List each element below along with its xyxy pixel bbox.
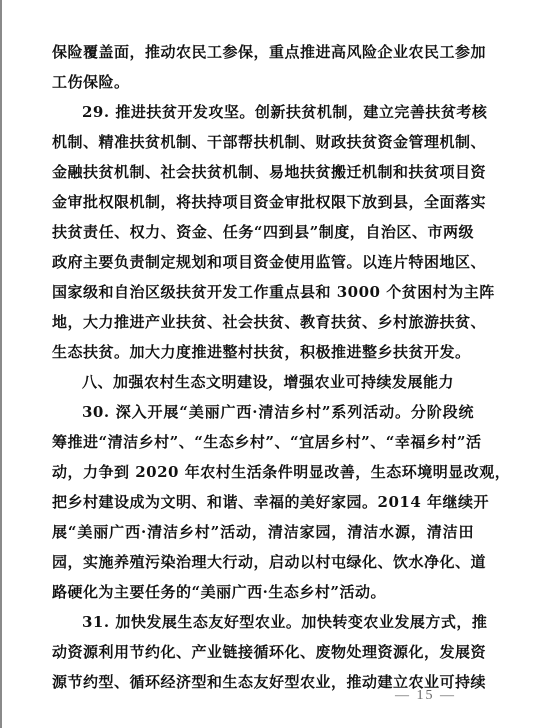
section-heading: 八、加强农村生态文明建设，增强农业可持续发展能力 bbox=[52, 367, 474, 397]
text-line: 保险覆盖面，推动农民工参保，重点推进高风险企业农民工参加 bbox=[52, 37, 474, 67]
text-line: 动，力争到 2020 年农村生活条件明显改善，生态环境明显改观， bbox=[52, 457, 474, 487]
text-line: 31. 加快发展生态友好型农业。加快转变农业发展方式，推 bbox=[52, 607, 474, 637]
text-line: 扶贫责任、权力、资金、任务“四到县”制度，自治区、市两级 bbox=[52, 217, 474, 247]
text-line: 路硬化为主要任务的“美丽广西·生态乡村”活动。 bbox=[52, 577, 474, 607]
text-line: 筹推进“清洁乡村”、“生态乡村”、“宜居乡村”、“幸福乡村”活 bbox=[52, 427, 474, 457]
text-line: 金融扶贫机制、社会扶贫机制、易地扶贫搬迁机制和扶贫项目资 bbox=[52, 157, 474, 187]
text-line: 国家级和自治区级扶贫开发工作重点县和 3000 个贫困村为主阵 bbox=[52, 277, 474, 307]
text-line: 工伤保险。 bbox=[52, 67, 474, 97]
text-line: 29. 推进扶贫开发攻坚。创新扶贫机制，建立完善扶贫考核 bbox=[52, 97, 474, 127]
text-line: 展“美丽广西·清洁乡村”活动，清洁家园，清洁水源，清洁田 bbox=[52, 517, 474, 547]
text-line: 地，大力推进产业扶贫、社会扶贫、教育扶贫、乡村旅游扶贫、 bbox=[52, 307, 474, 337]
text-line: 动资源利用节约化、产业链接循环化、废物处理资源化，发展资 bbox=[52, 637, 474, 667]
page-left-border bbox=[0, 0, 2, 728]
page-number: — 15 — bbox=[395, 688, 456, 704]
text-line: 政府主要负责制定规划和项目资金使用监管。以连片特困地区、 bbox=[52, 247, 474, 277]
text-line: 园，实施养殖污染治理大行动，启动以村屯绿化、饮水净化、道 bbox=[52, 547, 474, 577]
text-line: 机制、精准扶贫机制、干部帮扶机制、财政扶贫资金管理机制、 bbox=[52, 127, 474, 157]
document-body: 保险覆盖面，推动农民工参保，重点推进高风险企业农民工参加 工伤保险。 29. 推… bbox=[52, 37, 474, 697]
text-line: 30. 深入开展“美丽广西·清洁乡村”系列活动。分阶段统 bbox=[52, 397, 474, 427]
text-line: 生态扶贫。加大力度推进整村扶贫，积极推进整乡扶贫开发。 bbox=[52, 337, 474, 367]
text-line: 金审批权限机制，将扶持项目资金审批权限下放到县，全面落实 bbox=[52, 187, 474, 217]
text-line: 把乡村建设成为文明、和谐、幸福的美好家园。2014 年继续开 bbox=[52, 487, 474, 517]
